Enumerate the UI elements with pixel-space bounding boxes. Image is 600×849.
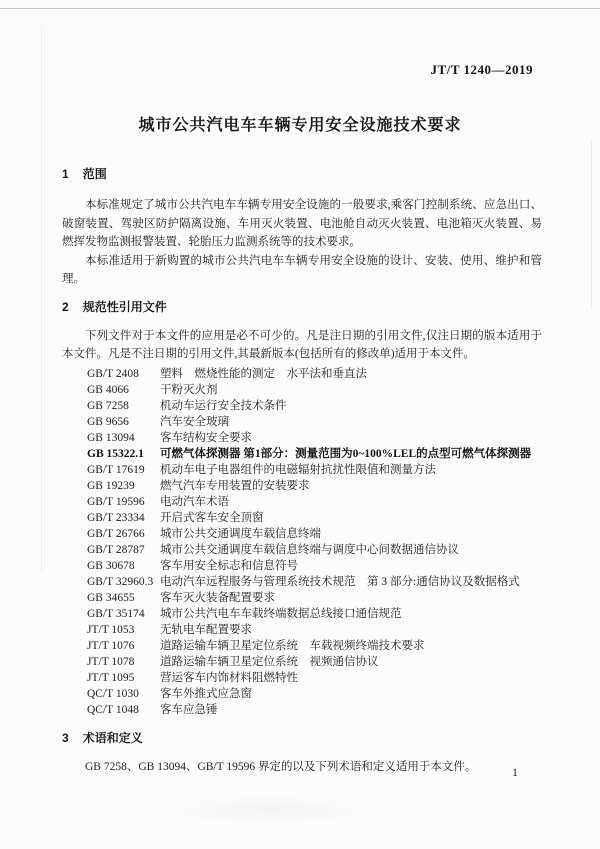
reference-item: JT/T 1078 道路运输车辆卫星定位系统 视频通信协议 xyxy=(87,654,542,670)
reference-item: JT/T 1095 营运客车内饰材料阻燃特性 xyxy=(87,670,542,686)
reference-item: GB 9656 汽车安全玻璃 xyxy=(87,414,542,430)
reference-title: 可燃气体探测器 第1部分：测量范围为0~100%LEL的点型可燃气体探测器 xyxy=(160,446,531,462)
scan-smudge xyxy=(160,795,380,825)
reference-item: GB/T 35174 城市公共汽电车车载终端数据总线接口通信规范 xyxy=(87,606,542,622)
normative-references-list: GB/T 2408 塑料 燃烧性能的测定 水平法和垂直法 GB 4066 干粉灭… xyxy=(62,366,542,718)
reference-title: 开启式客车安全顶窗 xyxy=(160,510,264,526)
reference-code: QC/T 1030 xyxy=(87,686,160,702)
reference-title: 营运客车内饰材料阻燃特性 xyxy=(160,670,298,686)
standard-number: JT/T 1240—2019 xyxy=(0,0,600,78)
reference-code: GB 7258 xyxy=(87,398,160,414)
scan-top-rule xyxy=(0,8,600,9)
reference-code: GB 30678 xyxy=(87,558,160,574)
reference-code: GB 13094 xyxy=(87,430,160,446)
reference-item: GB 34655 客车灭火装备配置要求 xyxy=(87,590,542,606)
reference-code: GB/T 26766 xyxy=(87,526,160,542)
reference-item: GB/T 32960.3 电动汽车远程服务与管理系统技术规范 第 3 部分:通信… xyxy=(87,574,542,590)
reference-title: 客车应急锤 xyxy=(160,702,218,718)
reference-code: GB 4066 xyxy=(87,382,160,398)
scan-right-artifact xyxy=(591,140,592,310)
section3-paragraph-1: GB 7258、GB 13094、GB/T 19596 界定的以及下列术语和定义… xyxy=(62,758,542,777)
section1-number: 1 xyxy=(62,166,69,182)
document-title: 城市公共汽电车车辆专用安全设施技术要求 xyxy=(0,116,600,136)
page-content: 1范围 本标准规定了城市公共汽电车车辆专用安全设施的一般要求,乘客门控制系统、应… xyxy=(62,166,542,776)
reference-title: 机动车电子电器组件的电磁辐射抗扰性限值和测量方法 xyxy=(160,462,436,478)
reference-code: GB/T 2408 xyxy=(87,366,160,382)
reference-item: GB 7258 机动车运行安全技术条件 xyxy=(87,398,542,414)
section3-heading-text: 术语和定义 xyxy=(83,731,143,745)
reference-code: GB 34655 xyxy=(87,590,160,606)
reference-item: GB 30678 客车用安全标志和信息符号 xyxy=(87,558,542,574)
reference-title: 客车灭火装备配置要求 xyxy=(160,590,275,606)
reference-title: 汽车安全玻璃 xyxy=(160,414,229,430)
section1-heading: 1范围 xyxy=(62,166,542,182)
reference-item: QC/T 1030 客车外推式应急窗 xyxy=(87,686,542,702)
reference-item: GB 19239 燃气汽车专用装置的安装要求 xyxy=(87,478,542,494)
reference-title: 电动汽车术语 xyxy=(160,494,229,510)
reference-item: GB/T 2408 塑料 燃烧性能的测定 水平法和垂直法 xyxy=(87,366,542,382)
reference-item: GB/T 26766 城市公共交通调度车载信息终端 xyxy=(87,526,542,542)
reference-code: JT/T 1095 xyxy=(87,670,160,686)
reference-title: 燃气汽车专用装置的安装要求 xyxy=(160,478,310,494)
reference-title: 客车外推式应急窗 xyxy=(160,686,252,702)
reference-code: GB/T 19596 xyxy=(87,494,160,510)
section3-heading: 3术语和定义 xyxy=(62,730,542,746)
section2-number: 2 xyxy=(62,299,69,315)
reference-item: GB 15322.1 可燃气体探测器 第1部分：测量范围为0~100%LEL的点… xyxy=(87,446,542,462)
section1-paragraph-1: 本标准规定了城市公共汽电车车辆专用安全设施的一般要求,乘客门控制系统、应急出口、… xyxy=(62,196,542,252)
reference-title: 城市公共汽电车车载终端数据总线接口通信规范 xyxy=(160,606,402,622)
reference-code: QC/T 1048 xyxy=(87,702,160,718)
reference-code: GB 9656 xyxy=(87,414,160,430)
reference-title: 客车结构安全要求 xyxy=(160,430,252,446)
section2-heading: 2规范性引用文件 xyxy=(62,299,542,315)
reference-code: GB/T 32960.3 xyxy=(87,574,160,590)
reference-code: JT/T 1053 xyxy=(87,622,160,638)
section1-heading-text: 范围 xyxy=(83,167,107,181)
reference-title: 无轨电车配置要求 xyxy=(160,622,252,638)
scan-left-fold-line xyxy=(41,26,42,571)
reference-code: JT/T 1076 xyxy=(87,638,160,654)
page-number: 1 xyxy=(512,765,518,780)
section1-paragraph-2: 本标准适用于新购置的城市公共汽电车车辆专用安全设施的设计、安装、使用、维护和管理… xyxy=(62,252,542,289)
reference-code: GB/T 23334 xyxy=(87,510,160,526)
document-page: JT/T 1240—2019 城市公共汽电车车辆专用安全设施技术要求 1范围 本… xyxy=(0,0,600,849)
reference-item: GB/T 28787 城市公共交通调度车载信息终端与调度中心间数据通信协议 xyxy=(87,542,542,558)
reference-title: 客车用安全标志和信息符号 xyxy=(160,558,298,574)
reference-item: GB/T 17619 机动车电子电器组件的电磁辐射抗扰性限值和测量方法 xyxy=(87,462,542,478)
reference-title: 干粉灭火剂 xyxy=(160,382,218,398)
reference-title: 城市公共交通调度车载信息终端与调度中心间数据通信协议 xyxy=(160,542,459,558)
reference-code: GB 19239 xyxy=(87,478,160,494)
reference-title: 塑料 燃烧性能的测定 水平法和垂直法 xyxy=(160,366,367,382)
reference-item: GB 4066 干粉灭火剂 xyxy=(87,382,542,398)
reference-title: 机动车运行安全技术条件 xyxy=(160,398,287,414)
reference-item: QC/T 1048 客车应急锤 xyxy=(87,702,542,718)
reference-code: GB 15322.1 xyxy=(87,446,160,462)
reference-code: GB/T 17619 xyxy=(87,462,160,478)
reference-item: GB/T 23334 开启式客车安全顶窗 xyxy=(87,510,542,526)
section2-intro-paragraph: 下列文件对于本文件的应用是必不可少的。凡是注日期的引用文件,仅注日期的版本适用于… xyxy=(62,327,542,364)
reference-title: 道路运输车辆卫星定位系统 视频通信协议 xyxy=(160,654,379,670)
reference-title: 道路运输车辆卫星定位系统 车载视频终端技术要求 xyxy=(160,638,425,654)
section3-number: 3 xyxy=(62,730,69,746)
reference-title: 电动汽车远程服务与管理系统技术规范 第 3 部分:通信协议及数据格式 xyxy=(160,574,520,590)
reference-code: GB/T 35174 xyxy=(87,606,160,622)
reference-item: GB/T 19596 电动汽车术语 xyxy=(87,494,542,510)
reference-code: JT/T 1078 xyxy=(87,654,160,670)
reference-item: GB 13094 客车结构安全要求 xyxy=(87,430,542,446)
section2-heading-text: 规范性引用文件 xyxy=(83,300,167,314)
reference-code: GB/T 28787 xyxy=(87,542,160,558)
reference-title: 城市公共交通调度车载信息终端 xyxy=(160,526,321,542)
reference-item: JT/T 1076 道路运输车辆卫星定位系统 车载视频终端技术要求 xyxy=(87,638,542,654)
reference-item: JT/T 1053 无轨电车配置要求 xyxy=(87,622,542,638)
